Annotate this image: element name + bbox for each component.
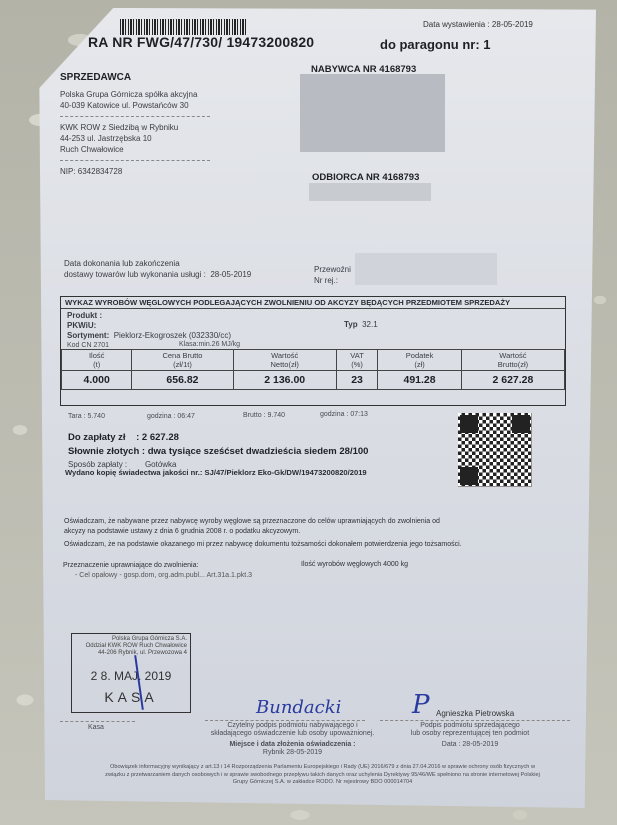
seller-caption-2: lub osoby reprezentującej ten podmiot — [390, 730, 550, 738]
buyer-redacted-block — [300, 74, 445, 152]
barcode — [120, 19, 248, 35]
divider — [205, 720, 365, 721]
seller-branch: KWK ROW z Siedzibą w Rybniku 44-253 ul. … — [60, 122, 178, 155]
delivery-date-block: Data dokonania lub zakończenia dostawy t… — [64, 258, 251, 280]
seller-line-1: Polska Grupa Górnicza spółka akcyjna — [60, 89, 197, 100]
stamp-line-3: 44-206 Rybnik, ul. Przewozowa 4 — [72, 650, 187, 657]
type-label: Typ — [344, 320, 358, 329]
issue-date: Data wystawienia : 28-05-2019 — [423, 20, 533, 29]
stamp-line-2: Oddział KWK ROW Ruch Chwałowice — [72, 643, 187, 650]
amount-due: Do zapłaty zł : 2 627.28 — [68, 432, 179, 443]
carrier-label: Przewoźni — [314, 264, 351, 275]
seller-address: Polska Grupa Górnicza spółka akcyjna 40-… — [60, 89, 197, 111]
cell-qty: 4.000 — [62, 371, 132, 390]
sortyment-value: Pieklorz-Ekogroszek (032330/cc) — [114, 331, 231, 340]
items-table: Ilość(t) Cena Brutto(zł/1t) WartośćNetto… — [61, 349, 565, 390]
table-header-row: Ilość(t) Cena Brutto(zł/1t) WartośćNetto… — [62, 350, 565, 371]
exemption-purpose: Przeznaczenie uprawniające do zwolnienia… — [63, 561, 252, 581]
divider — [60, 116, 210, 117]
coal-quantity: Ilość wyrobów węglowych 4000 kg — [301, 561, 408, 568]
amount-in-words: Słownie złotych : dwa tysiące sześćset d… — [68, 446, 368, 457]
buyer-signature: Bundacki — [256, 697, 341, 718]
footer-line-2: związku z przetwarzaniem danych osobowyc… — [50, 772, 595, 780]
qr-code — [458, 413, 532, 487]
col-tax: Podatek(zł) — [378, 350, 461, 371]
buyer-caption-2: składającego oświadczenie lub osoby upow… — [205, 730, 380, 738]
brutto: Brutto : 9.740 — [243, 411, 285, 420]
delivery-label-2: dostawy towarów lub wykonania usługi : — [64, 270, 206, 279]
branch-line-2: 44-253 ul. Jastrzębska 10 — [60, 133, 178, 144]
purpose-label: Przeznaczenie uprawniające do zwolnienia… — [63, 561, 252, 571]
footer-line-1: Obowiązek informacyjny wynikający z art.… — [50, 764, 595, 772]
words-value: dwa tysiące sześćset dwadzieścia siedem … — [148, 446, 369, 457]
divider — [60, 721, 135, 722]
stamp-label: KASA — [72, 689, 190, 705]
type-field: Typ 32.1 — [344, 319, 378, 330]
tara-time: godzina : 06:47 — [147, 412, 195, 421]
invoice-title: RA NR FWG/47/730/ 19473200820 — [88, 34, 314, 50]
seller-line-2: 40-039 Katowice ul. Powstańców 30 — [60, 100, 197, 111]
product-label: Produkt : — [67, 311, 231, 321]
table-row: 4.000 656.82 2 136.00 23 491.28 2 627.28 — [62, 371, 565, 390]
col-qty: Ilość(t) — [62, 350, 132, 371]
seller-signature-mark: P — [412, 690, 430, 720]
seller-name: Agnieszka Pietrowska — [436, 709, 514, 718]
col-vat: VAT(%) — [336, 350, 378, 371]
col-gross: WartośćBrutto(zł) — [461, 350, 564, 371]
cn-code: Kod CN 2701 — [67, 341, 109, 350]
registration-label: Nr rej.: — [314, 275, 351, 286]
cell-vat: 23 — [336, 371, 378, 390]
receipt-reference: do paragonu nr: 1 — [380, 37, 491, 52]
seller-heading: SPRZEDAWCA — [60, 72, 131, 83]
delivery-date: 28-05-2019 — [210, 270, 251, 279]
declaration-line-3: Oświadczam, że na podstawie okazanego mi… — [64, 540, 462, 550]
delivery-label-1: Data dokonania lub zakończenia — [64, 258, 251, 269]
seller-signature-caption: Podpis podmiotu sprzedającego lub osoby … — [390, 722, 550, 749]
buyer-signature-caption: Czytelny podpis podmiotu nabywającego i … — [205, 722, 380, 757]
divider — [60, 160, 210, 161]
branch-line-1: KWK ROW z Siedzibą w Rybniku — [60, 122, 178, 133]
footer-line-3: Grupy Górniczej S.A. w zakładce RODO. Nr… — [50, 779, 595, 787]
product-labels: Produkt : PKWiU: Sortyment: Pieklorz-Eko… — [67, 311, 231, 341]
gdpr-footer: Obowiązek informacyjny wynikający z art.… — [50, 764, 595, 787]
purpose-value: - Cel opałowy - gosp.dom, org.adm.publ..… — [63, 571, 252, 581]
carrier-block: Przewoźni Nr rej.: — [314, 264, 351, 286]
words-label: Słownie złotych : — [68, 446, 145, 457]
seller-caption-1: Podpis podmiotu sprzedającego — [390, 722, 550, 730]
declaration-line-1: Oświadczam, że nabywane przez nabywcę wy… — [64, 517, 462, 527]
place-value: Rybnik 28-05-2019 — [205, 749, 380, 757]
sortyment-label: Sortyment: — [67, 331, 109, 340]
carrier-redacted-block — [355, 253, 497, 285]
stamp-line-1: Polska Grupa Górnicza S.A. — [72, 636, 187, 643]
declarations: Oświadczam, że nabywane przez nabywcę wy… — [64, 517, 462, 550]
amount-due-value: : 2 627.28 — [136, 432, 179, 443]
cell-tax: 491.28 — [378, 371, 461, 390]
col-price: Cena Brutto(zł/1t) — [132, 350, 233, 371]
recipient-redacted-block — [309, 183, 431, 201]
brutto-time: godzina : 07:13 — [320, 410, 368, 419]
divider — [380, 720, 570, 721]
recipient-heading: ODBIORCA NR 4168793 — [312, 172, 419, 183]
col-net: WartośćNetto(zł) — [233, 350, 336, 371]
quality-certificate: Wydano kopię świadectwa jakości nr.: SJ/… — [65, 468, 367, 477]
declaration-line-2: akcyzy na podstawie ustawy z dnia 6 grud… — [64, 527, 462, 537]
product-class: Klasa:min.26 MJ/kg — [179, 340, 240, 349]
type-value: 32.1 — [362, 320, 378, 329]
seller-nip: NIP: 6342834728 — [60, 166, 122, 177]
stamp-date: 2 8. MAJ. 2019 — [72, 669, 190, 683]
buyer-caption-1: Czytelny podpis podmiotu nabywającego i — [205, 722, 380, 730]
seller-date: Data : 28-05-2019 — [390, 741, 550, 749]
tara: Tara : 5.740 — [68, 412, 105, 421]
cashier-label: Kasa — [88, 723, 104, 732]
amount-due-label: Do zapłaty zł — [68, 432, 126, 443]
cell-gross: 2 627.28 — [461, 371, 564, 390]
product-section: WYKAZ WYROBÓW WĘGLOWYCH PODLEGAJĄCYCH ZW… — [60, 296, 566, 406]
product-section-title: WYKAZ WYROBÓW WĘGLOWYCH PODLEGAJĄCYCH ZW… — [61, 297, 565, 309]
pkwiu-label: PKWiU: — [67, 321, 231, 331]
cell-net: 2 136.00 — [233, 371, 336, 390]
cell-price: 656.82 — [132, 371, 233, 390]
branch-line-3: Ruch Chwałowice — [60, 144, 178, 155]
place-label: Miejsce i data złożenia oświadczenia : — [205, 741, 380, 749]
cashier-stamp: Polska Grupa Górnicza S.A. Oddział KWK R… — [71, 633, 191, 713]
